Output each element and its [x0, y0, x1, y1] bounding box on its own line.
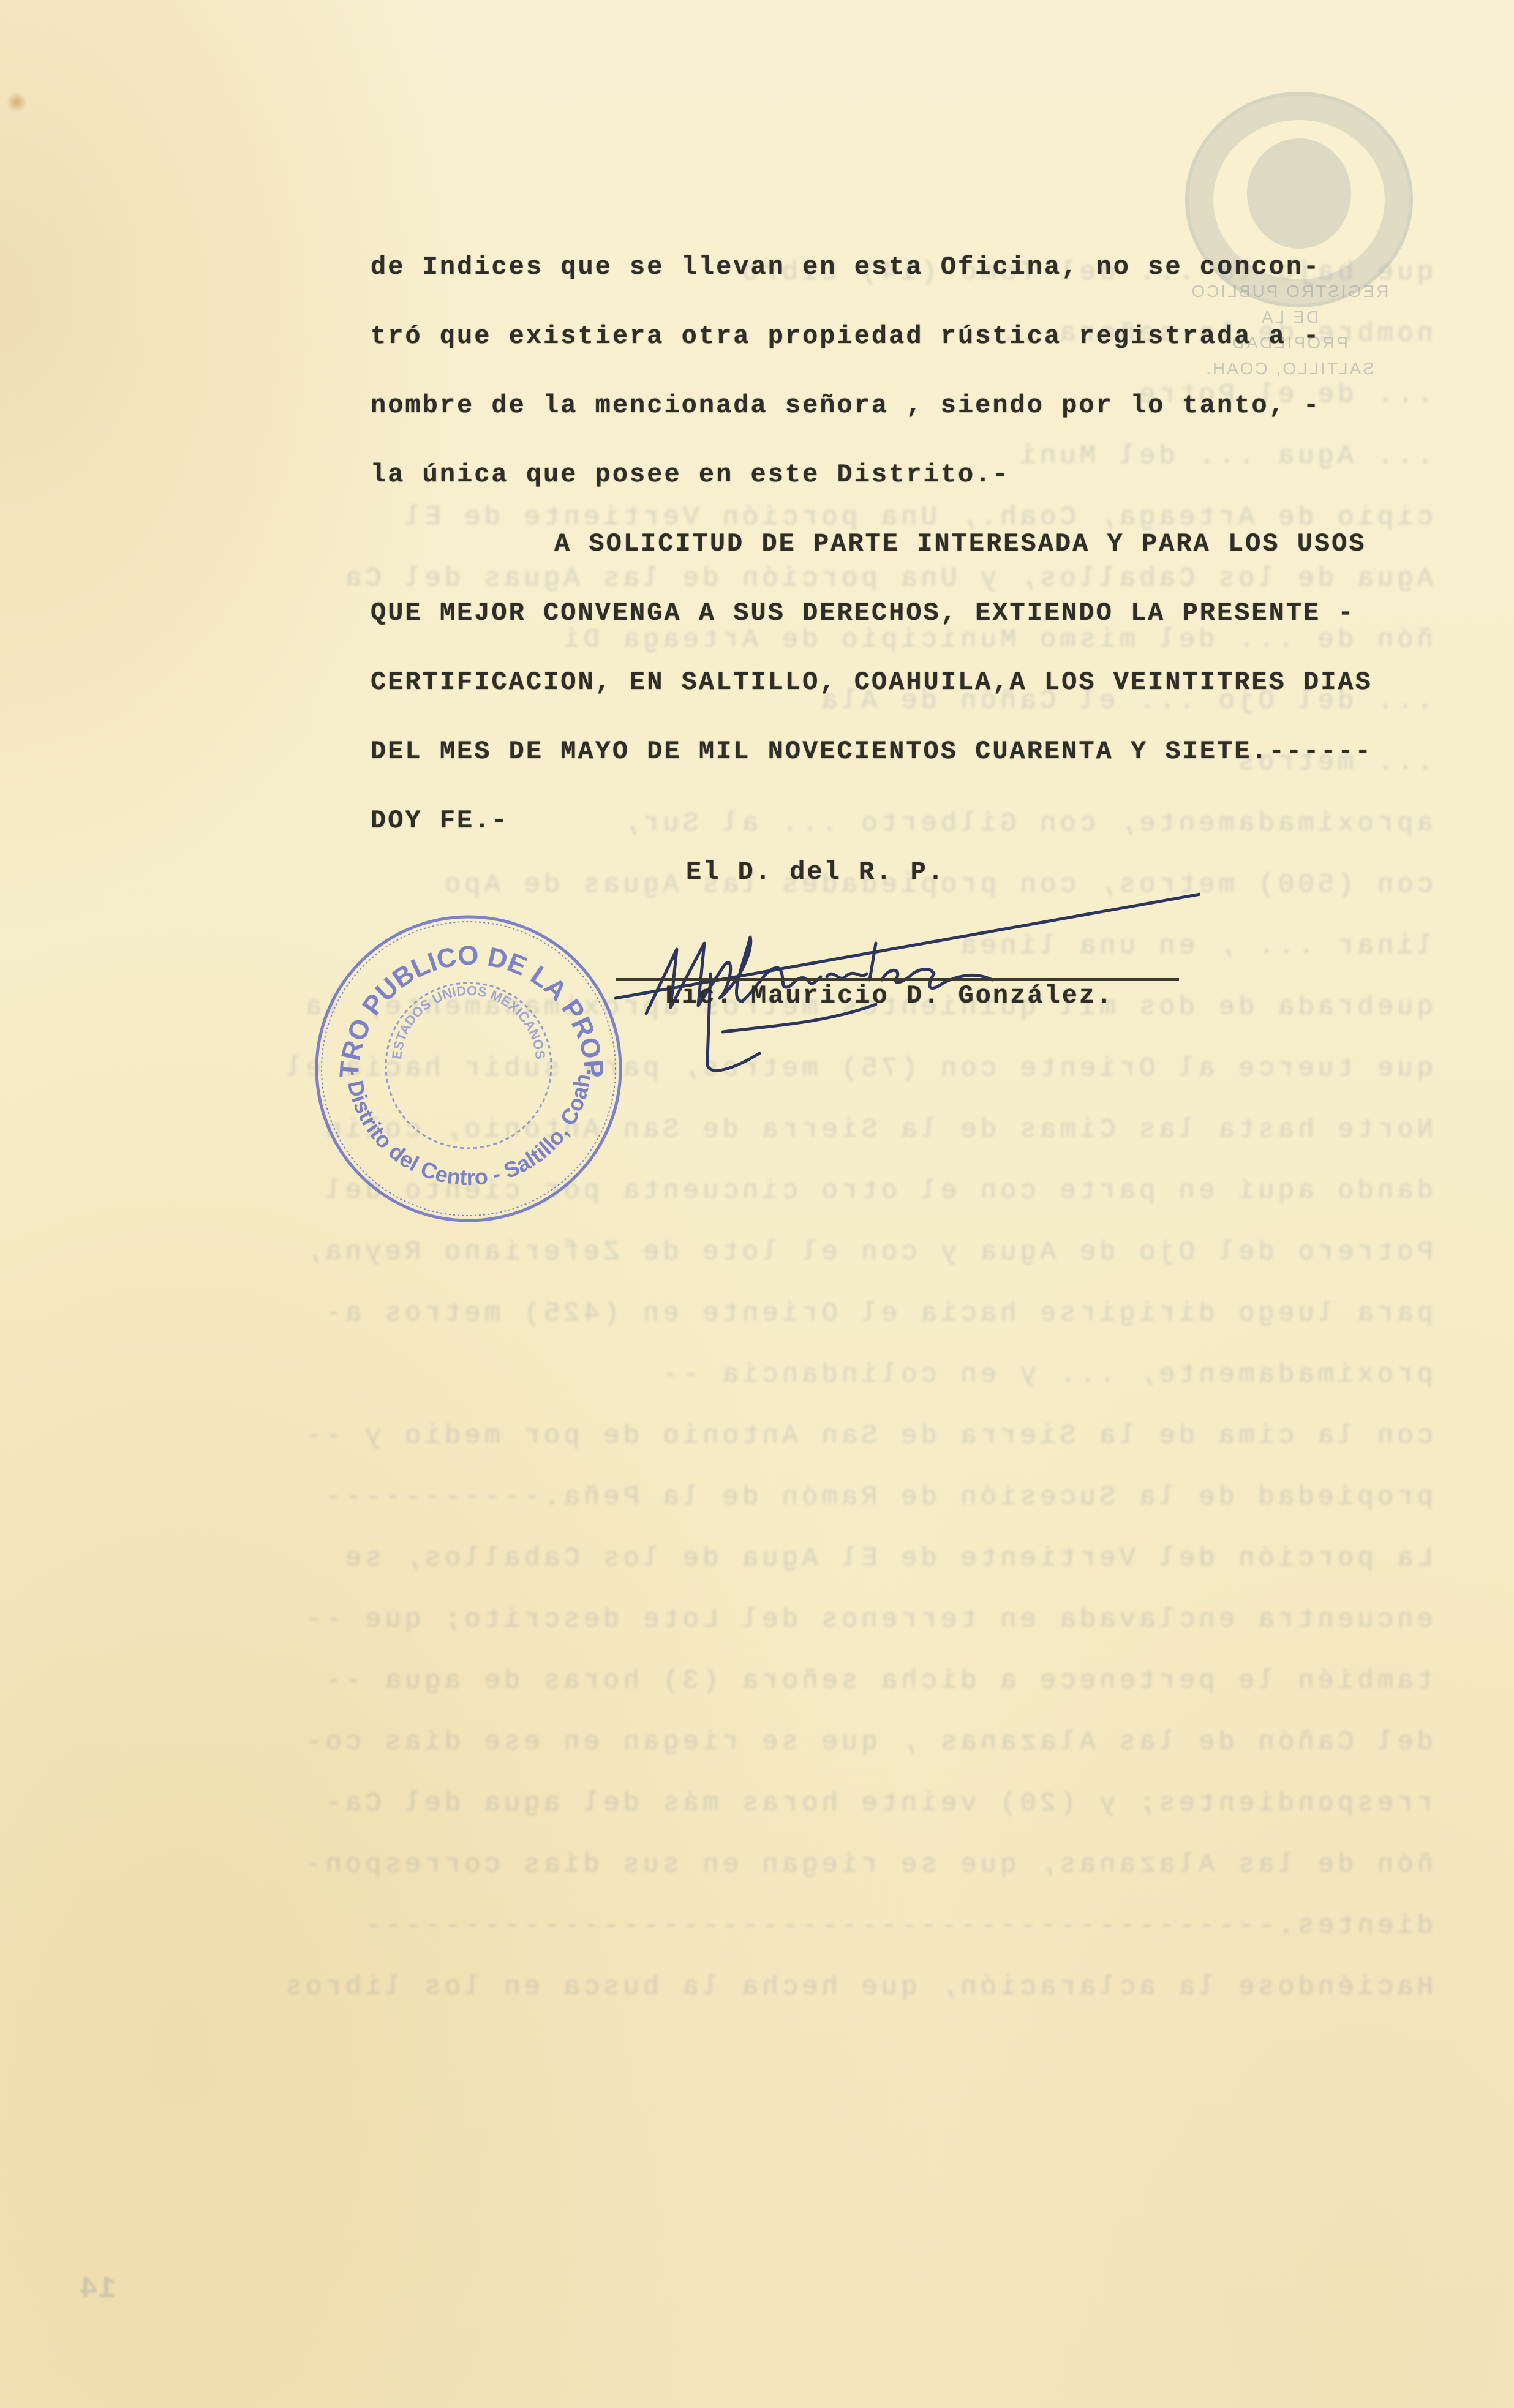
bleed-through-line: Haciéndose la aclaración, que hecha la b…	[196, 1957, 1433, 2018]
bleed-through-line: para luego dirigirse hacia el Oriente en…	[196, 1283, 1433, 1344]
bleed-through-line: encuentra enclavada en terrenos del Lote…	[196, 1589, 1433, 1650]
body-line: tró que existiera otra propiedad rústica…	[371, 302, 1485, 371]
body-line: CERTIFICACION, EN SALTILLO, COAHUILA,A L…	[371, 648, 1485, 717]
reverse-page-number: 14	[80, 2272, 116, 2307]
bleed-through-line: Potrero del Ojo de Agua y con el lote de…	[196, 1222, 1433, 1283]
certificate-body: de Indices que se llevan en esta Oficina…	[371, 233, 1485, 856]
bleed-through-line: ñón de las Alazanas, que se riegan en su…	[196, 1834, 1433, 1895]
bleed-through-line: con la cima de la Sierra de San Antonio …	[196, 1405, 1433, 1467]
paper-stain	[6, 92, 27, 113]
bleed-through-line: proximadamente, ... y en colindancia --	[196, 1344, 1433, 1405]
bleed-through-line: también le pertenece a dicha señora (3) …	[196, 1650, 1433, 1712]
svg-text:ESTADOS UNIDOS MEXICANOS: ESTADOS UNIDOS MEXICANOS	[389, 983, 548, 1060]
signatory-name: Lic. Mauricio D. González.	[665, 981, 1113, 1010]
body-line: QUE MEJOR CONVENGA A SUS DERECHOS, EXTIE…	[371, 579, 1485, 648]
document-page: que bajo la ... del Tomo (14) Libronombr…	[0, 0, 1514, 2408]
body-line: DEL MES DE MAYO DE MIL NOVECIENTOS CUARE…	[371, 717, 1485, 786]
svg-text:- Distrito del Centro - Saltil: - Distrito del Centro - Saltillo, Coah.	[341, 1067, 596, 1190]
bleed-through-line: rrespondientes; y (20) veinte horas más …	[196, 1773, 1433, 1834]
body-line: la única que posee en este Distrito.-	[371, 440, 1485, 510]
bleed-through-line: del Cañón de las Alazanas , que se riega…	[196, 1712, 1433, 1773]
body-line: DOY FE.-	[371, 786, 1485, 856]
bleed-through-line: propiedad de la Sucesión de Ramón de la …	[196, 1467, 1433, 1528]
bleed-through-line: dientes.--------------------------------…	[196, 1895, 1433, 1957]
bleed-through-line: La porción del Vertiente de El Agua de l…	[196, 1528, 1433, 1589]
body-line: A SOLICITUD DE PARTE INTERESADA Y PARA L…	[371, 510, 1485, 579]
body-line: nombre de la mencionada señora , siendo …	[371, 371, 1485, 440]
registry-stamp-icon: REGISTRO PUBLICO DE LA PROPIEDAD - Distr…	[309, 909, 628, 1228]
body-line: de Indices que se llevan en esta Oficina…	[371, 233, 1485, 302]
